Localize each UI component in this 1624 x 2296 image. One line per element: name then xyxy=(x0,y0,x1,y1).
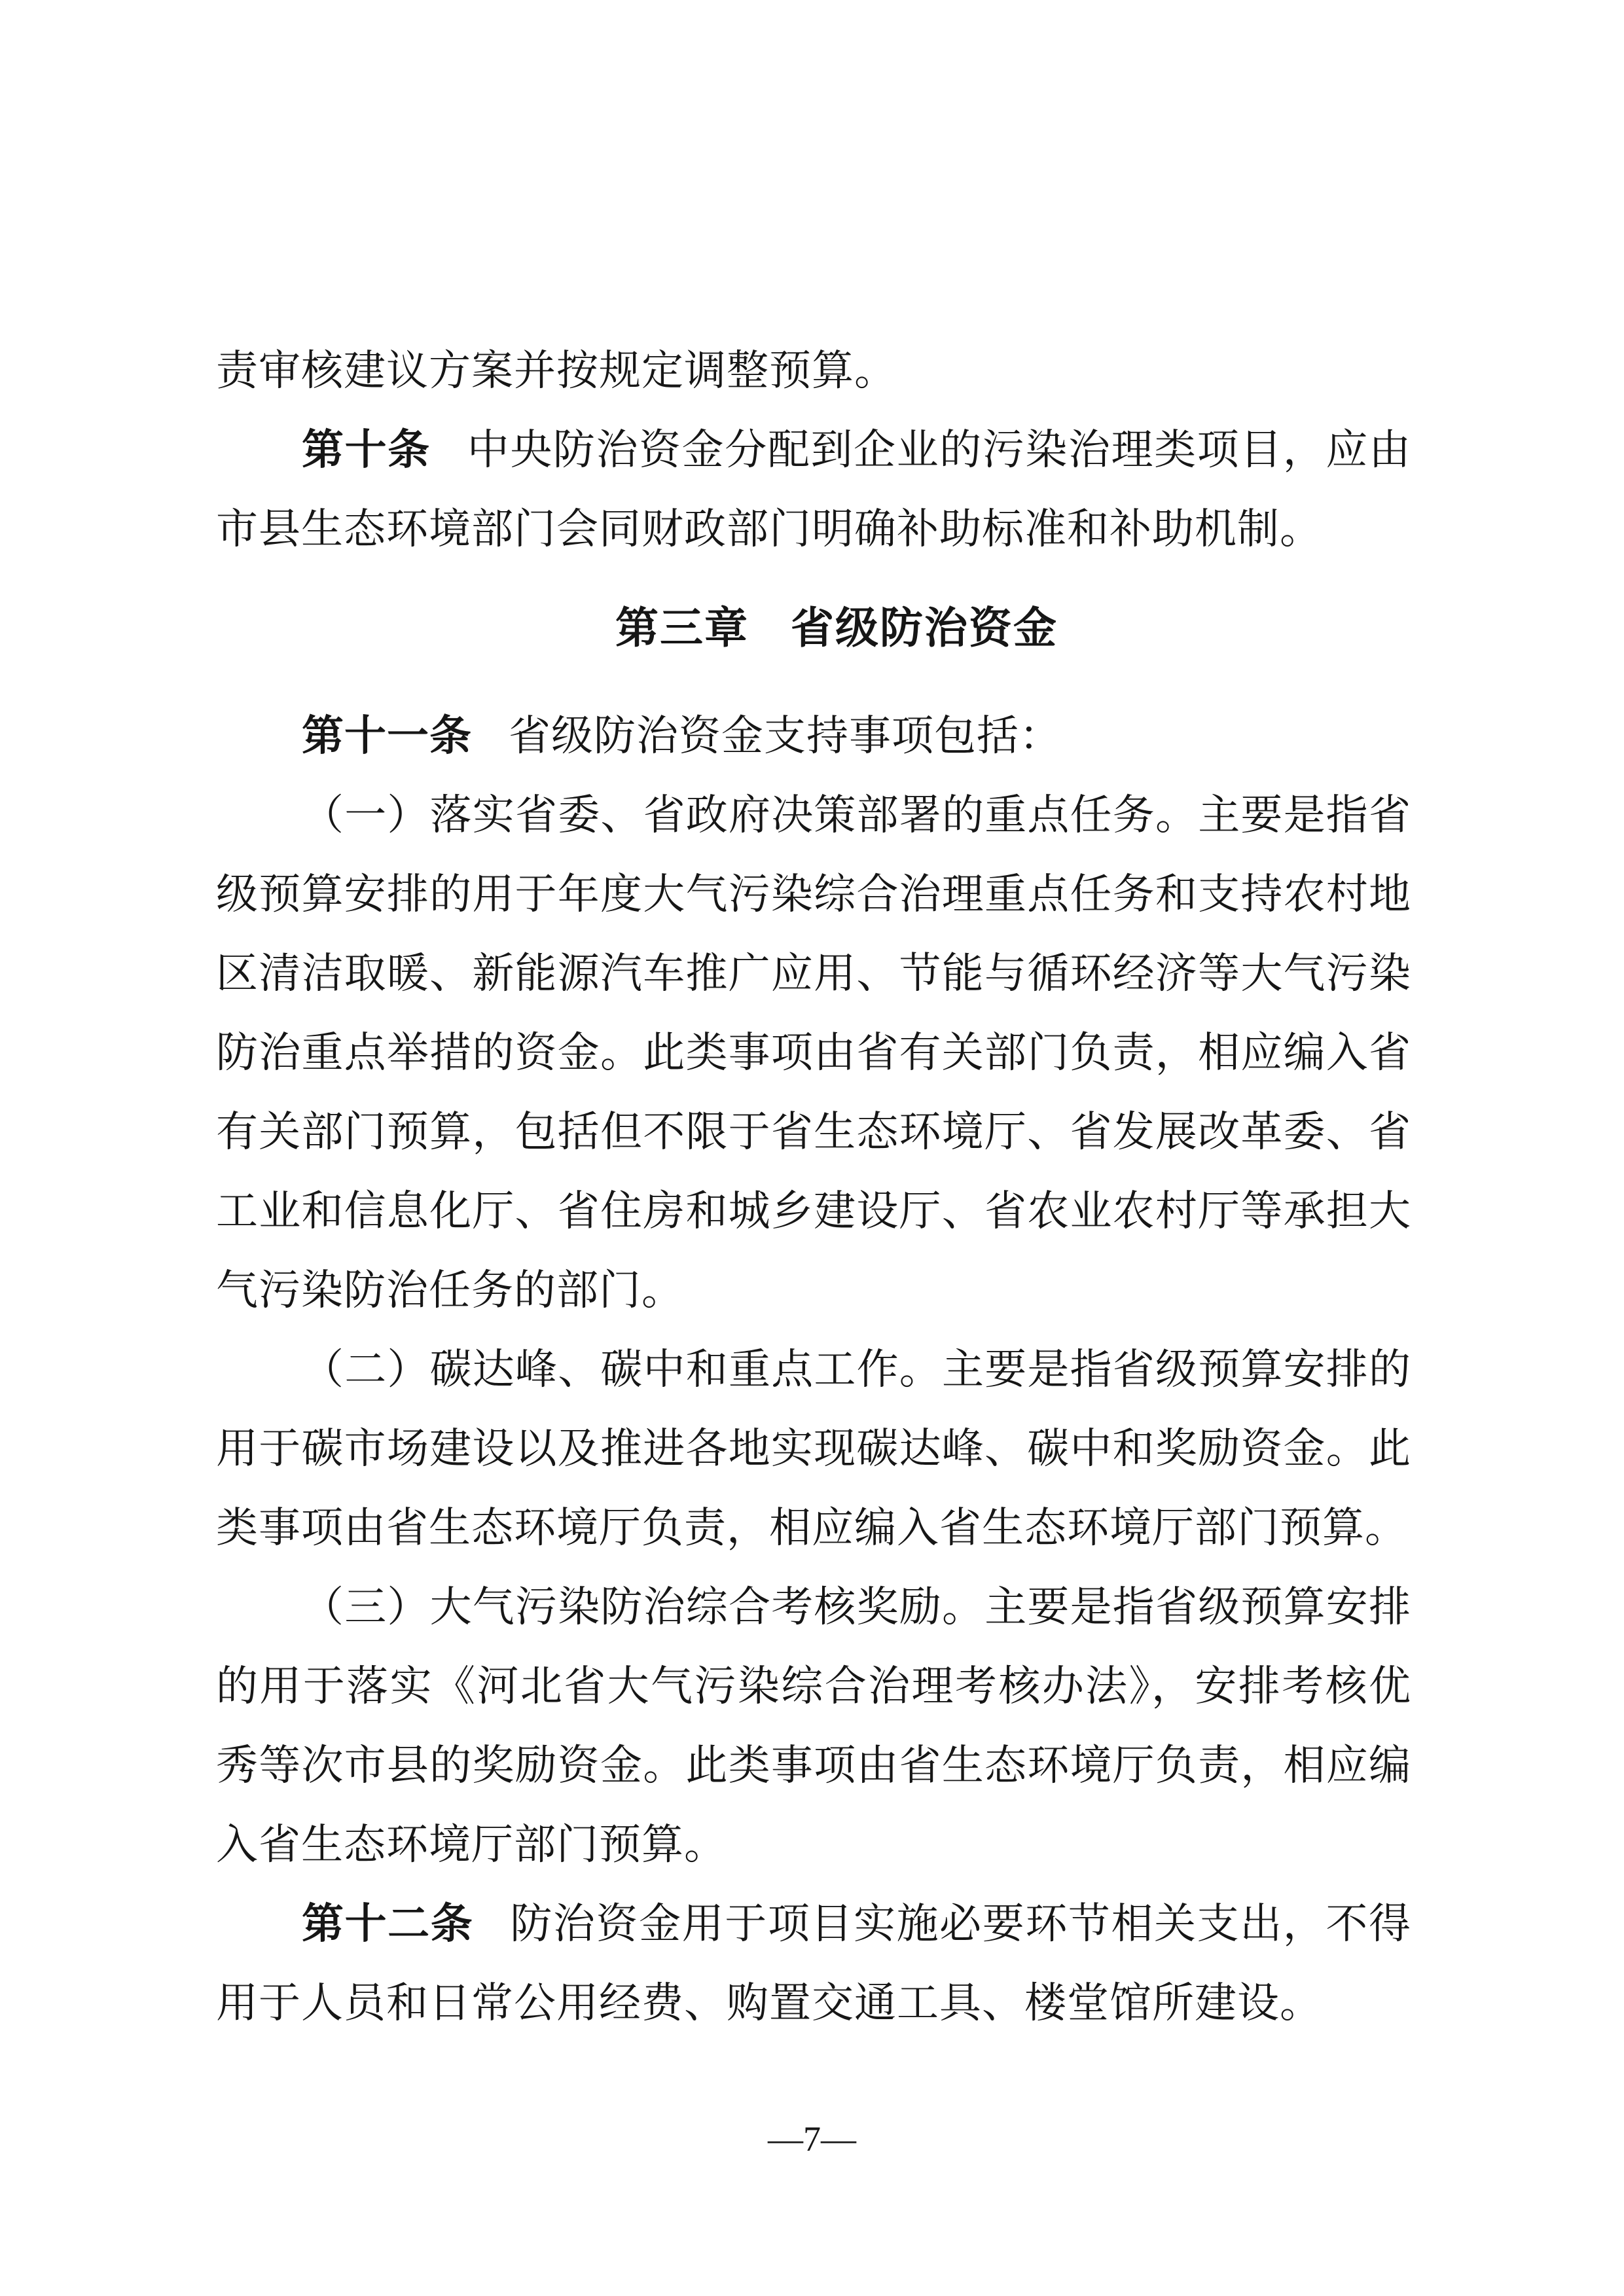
article-11-text: 省级防治资金支持事项包括： xyxy=(509,713,1062,759)
chapter-3-title: 省级防治资金 xyxy=(791,603,1058,652)
article-12-number: 第十二条 xyxy=(302,1900,510,1947)
clause-3-paragraph: （三）大气污染防治综合考核奖励。主要是指省级预算安排的用于落实《河北省大气污染综… xyxy=(216,1568,1411,1884)
article-11-paragraph: 第十一条省级防治资金支持事项包括： xyxy=(216,696,1411,776)
clause-2-paragraph: （二）碳达峰、碳中和重点工作。主要是指省级预算安排的用于碳市场建设以及推进各地实… xyxy=(216,1330,1411,1568)
document-body: 责审核建议方案并按规定调整预算。 第十条中央防治资金分配到企业的污染治理类项目，… xyxy=(216,331,1411,2043)
article-10-paragraph: 第十条中央防治资金分配到企业的污染治理类项目，应由市县生态环境部门会同财政部门明… xyxy=(216,410,1411,569)
chapter-3-number: 第三章 xyxy=(615,603,791,652)
article-12-paragraph: 第十二条防治资金用于项目实施必要环节相关支出，不得用于人员和日常公用经费、购置交… xyxy=(216,1884,1411,2043)
clause-1-paragraph: （一）落实省委、省政府决策部署的重点任务。主要是指省级预算安排的用于年度大气污染… xyxy=(216,776,1411,1330)
article-11-number: 第十一条 xyxy=(302,712,509,759)
continuation-paragraph: 责审核建议方案并按规定调整预算。 xyxy=(216,331,1411,410)
page-number: —7— xyxy=(0,2113,1624,2165)
document-page: 责审核建议方案并按规定调整预算。 第十条中央防治资金分配到企业的污染治理类项目，… xyxy=(0,0,1624,2296)
chapter-3-heading: 第三章省级防治资金 xyxy=(216,588,1411,668)
article-10-number: 第十条 xyxy=(302,426,467,473)
